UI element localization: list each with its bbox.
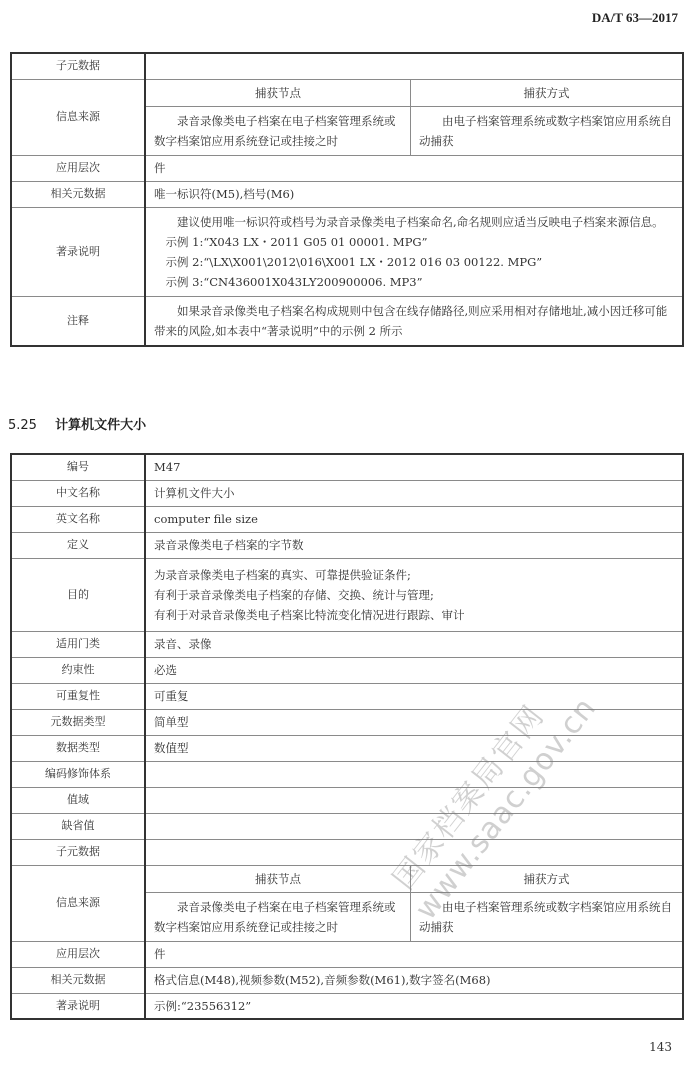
table-row: 应用层次件 [11,941,683,967]
table-row: 应用层次 件 [11,155,683,181]
table-row: 注释 如果录音录像类电子档案名构成规则中包含在线存储路径,则应采用相对存储地址,… [11,296,683,346]
table-row: 著录说明示例:“23556312” [11,993,683,1019]
table-row: 目的 为录音录像类电子档案的真实、可靠提供验证条件; 有利于录音录像类电子档案的… [11,558,683,631]
table-row: 可重复性可重复 [11,683,683,709]
row-label: 元数据类型 [11,709,145,735]
table-row: 编码修饰体系 [11,761,683,787]
capture-node-header: 捕获节点 [146,80,411,107]
metadata-table-m47: 编号M47 中文名称计算机文件大小 英文名称computer file size… [10,453,684,1020]
capture-method-header: 捕获方式 [411,866,683,893]
capture-subtable: 捕获节点 捕获方式 录音录像类电子档案在电子档案管理系统或数字档案馆应用系统登记… [146,866,682,941]
row-label: 适用门类 [11,631,145,657]
row-value: 件 [145,155,683,181]
section-number: 5.25 [8,418,37,433]
text-line: 有利于对录音录像类电子档案比特流变化情况进行跟踪、审计 [154,605,674,625]
row-value [145,761,683,787]
text-line: 为录音录像类电子档案的真实、可靠提供验证条件; [154,565,674,585]
table-row: 相关元数据 唯一标识符(M5),档号(M6) [11,181,683,207]
row-value: 唯一标识符(M5),档号(M6) [145,181,683,207]
text-line: 建议使用唯一标识符或档号为录音录像类电子档案命名,命名规则应适当反映电子档案来源… [154,212,674,232]
table-row: 著录说明 建议使用唯一标识符或档号为录音录像类电子档案命名,命名规则应适当反映电… [11,207,683,296]
row-label: 相关元数据 [11,181,145,207]
row-value: 简单型 [145,709,683,735]
row-label: 应用层次 [11,941,145,967]
row-label: 定义 [11,532,145,558]
table-row: 元数据类型简单型 [11,709,683,735]
row-value [145,53,683,79]
row-label: 可重复性 [11,683,145,709]
row-label: 信息来源 [11,79,145,155]
capture-method-header: 捕获方式 [411,80,683,107]
row-label: 中文名称 [11,480,145,506]
row-value: 必选 [145,657,683,683]
section-title: 计算机文件大小 [55,418,146,433]
metadata-table-continued: 子元数据 信息来源 捕获节点 捕获方式 录音录像类电子档案在电子档案管理系统或数… [10,52,684,347]
row-value [145,839,683,865]
row-label: 英文名称 [11,506,145,532]
capture-subtable-cell: 捕获节点 捕获方式 录音录像类电子档案在电子档案管理系统或数字档案馆应用系统登记… [145,865,683,941]
row-label: 子元数据 [11,839,145,865]
row-label: 编码修饰体系 [11,761,145,787]
row-label: 信息来源 [11,865,145,941]
capture-subtable: 捕获节点 捕获方式 录音录像类电子档案在电子档案管理系统或数字档案馆应用系统登记… [146,80,682,155]
row-value: 件 [145,941,683,967]
row-value [145,787,683,813]
text-line: 有利于录音录像类电子档案的存储、交换、统计与管理; [154,585,674,605]
capture-node-value: 录音录像类电子档案在电子档案管理系统或数字档案馆应用系统登记或挂接之时 [146,892,411,941]
capture-node-header: 捕获节点 [146,866,411,893]
row-label: 相关元数据 [11,967,145,993]
row-label: 数据类型 [11,735,145,761]
example-line: 示例 3:“CN436001X043LY200900006. MP3” [154,272,674,292]
row-label: 著录说明 [11,207,145,296]
row-value: 示例:“23556312” [145,993,683,1019]
row-value: 录音录像类电子档案的字节数 [145,532,683,558]
row-label: 缺省值 [11,813,145,839]
row-label: 应用层次 [11,155,145,181]
table-row: 信息来源 捕获节点 捕获方式 录音录像类电子档案在电子档案管理系统或数字档案馆应… [11,865,683,941]
row-value: 如果录音录像类电子档案名构成规则中包含在线存储路径,则应采用相对存储地址,减小因… [145,296,683,346]
row-label: 约束性 [11,657,145,683]
row-value: 格式信息(M48),视频参数(M52),音频参数(M61),数字签名(M68) [145,967,683,993]
table-row: 子元数据 [11,53,683,79]
row-value: computer file size [145,506,683,532]
row-value-multiline: 为录音录像类电子档案的真实、可靠提供验证条件; 有利于录音录像类电子档案的存储、… [145,558,683,631]
standard-code: DA/T 63—2017 [592,10,678,26]
row-label: 值域 [11,787,145,813]
row-label: 目的 [11,558,145,631]
table-row: 子元数据 [11,839,683,865]
table-row: 值域 [11,787,683,813]
row-value: M47 [145,454,683,480]
section-heading: 5.25 计算机文件大小 [8,414,146,433]
table-row: 定义录音录像类电子档案的字节数 [11,532,683,558]
table-row: 适用门类录音、录像 [11,631,683,657]
example-line: 示例 2:“\LX\X001\2012\016\X001 LX・2012 016… [154,252,674,272]
row-value [145,813,683,839]
row-value: 可重复 [145,683,683,709]
table-row: 缺省值 [11,813,683,839]
row-label: 子元数据 [11,53,145,79]
row-value: 计算机文件大小 [145,480,683,506]
table-row: 英文名称computer file size [11,506,683,532]
page-number: 143 [649,1040,672,1054]
table-row: 编号M47 [11,454,683,480]
row-value: 数值型 [145,735,683,761]
capture-subtable-cell: 捕获节点 捕获方式 录音录像类电子档案在电子档案管理系统或数字档案馆应用系统登记… [145,79,683,155]
table-row: 信息来源 捕获节点 捕获方式 录音录像类电子档案在电子档案管理系统或数字档案馆应… [11,79,683,155]
capture-method-value: 由电子档案管理系统或数字档案馆应用系统自动捕获 [411,892,683,941]
row-value: 录音、录像 [145,631,683,657]
table-row: 约束性必选 [11,657,683,683]
table-row: 数据类型数值型 [11,735,683,761]
table-row: 相关元数据格式信息(M48),视频参数(M52),音频参数(M61),数字签名(… [11,967,683,993]
row-label: 著录说明 [11,993,145,1019]
capture-method-value: 由电子档案管理系统或数字档案馆应用系统自动捕获 [411,106,683,155]
capture-node-value: 录音录像类电子档案在电子档案管理系统或数字档案馆应用系统登记或挂接之时 [146,106,411,155]
table-row: 中文名称计算机文件大小 [11,480,683,506]
row-value-multiline: 建议使用唯一标识符或档号为录音录像类电子档案命名,命名规则应适当反映电子档案来源… [145,207,683,296]
row-label: 编号 [11,454,145,480]
row-label: 注释 [11,296,145,346]
example-line: 示例 1:“X043 LX・2011 G05 01 00001. MPG” [154,232,674,252]
